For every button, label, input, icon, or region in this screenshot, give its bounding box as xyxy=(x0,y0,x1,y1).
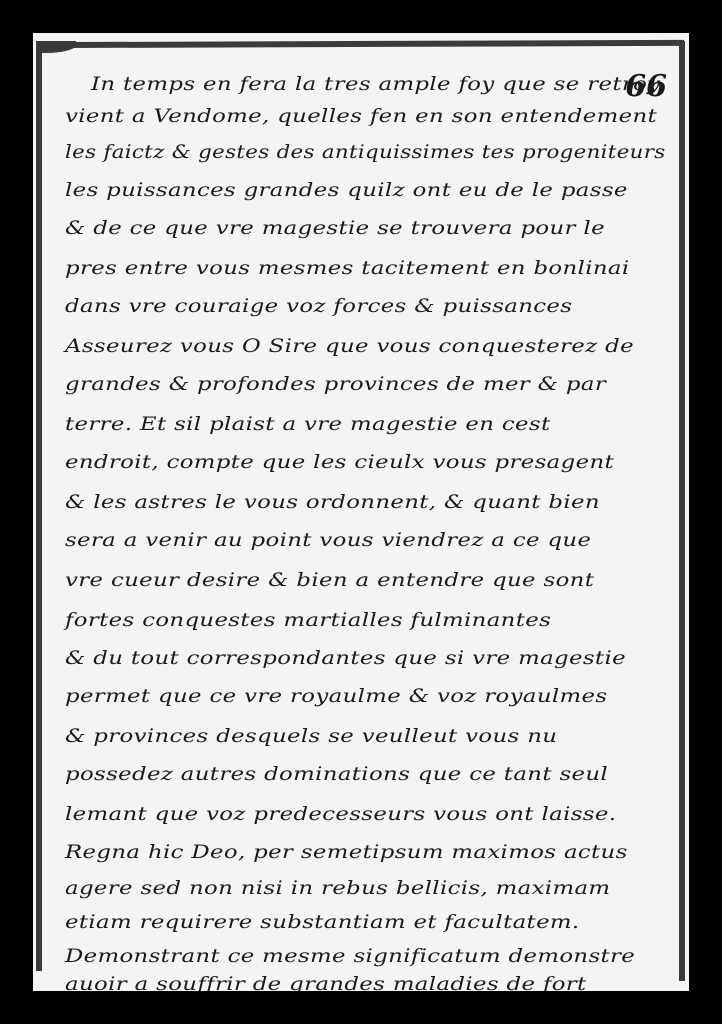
manuscript-page: 66 In temps en fera la tres ample foy qu… xyxy=(33,33,689,991)
page-border-right xyxy=(679,41,685,981)
text-line: vre cueur desire & bien a entendre que s… xyxy=(65,569,594,591)
text-line: vient a Vendome, quelles fen en son ente… xyxy=(65,105,657,127)
text-line: lemant que voz predecesseurs vous ont la… xyxy=(65,803,616,825)
page-border-left xyxy=(36,41,42,971)
text-line: Asseurez vous O Sire que vous conquester… xyxy=(65,335,634,357)
text-line: & du tout correspondantes que si vre mag… xyxy=(65,647,626,669)
text-line: endroit, compte que les cieulx vous pres… xyxy=(65,451,614,473)
text-line: Regna hic Deo, per semetipsum maximos ac… xyxy=(65,841,628,863)
text-line: In temps en fera la tres ample foy que s… xyxy=(91,73,660,95)
text-line: terre. Et sil plaist a vre magestie en c… xyxy=(65,413,551,435)
text-line: les faictz & gestes des antiquissimes te… xyxy=(65,141,666,163)
text-line: fortes conquestes martialles fulminantes xyxy=(65,609,551,631)
page-border-corner xyxy=(36,41,76,53)
text-line: dans vre couraige voz forces & puissance… xyxy=(65,295,572,317)
text-line: sera a venir au point vous viendrez a ce… xyxy=(65,529,591,551)
text-line: les puissances grandes quilz ont eu de l… xyxy=(65,179,628,201)
text-line: & les astres le vous ordonnent, & quant … xyxy=(65,491,600,513)
text-line: auoir a souffrir de grandes maladies de … xyxy=(65,973,587,991)
text-line: & provinces desquels se veulleut vous nu xyxy=(65,725,557,747)
text-line: permet que ce vre royaulme & voz royaulm… xyxy=(65,685,607,707)
text-line: Demonstrant ce mesme significatum demons… xyxy=(65,945,635,967)
text-line: & de ce que vre magestie se trouvera pou… xyxy=(65,217,605,239)
text-line: etiam requirere substantiam et facultate… xyxy=(65,911,580,933)
text-line: pres entre vous mesmes tacitement en bon… xyxy=(65,257,630,279)
text-line: possedez autres dominations que ce tant … xyxy=(65,763,608,785)
text-line: agere sed non nisi in rebus bellicis, ma… xyxy=(65,877,610,899)
page-border-top xyxy=(36,40,684,48)
text-line: grandes & profondes provinces de mer & p… xyxy=(65,373,606,395)
